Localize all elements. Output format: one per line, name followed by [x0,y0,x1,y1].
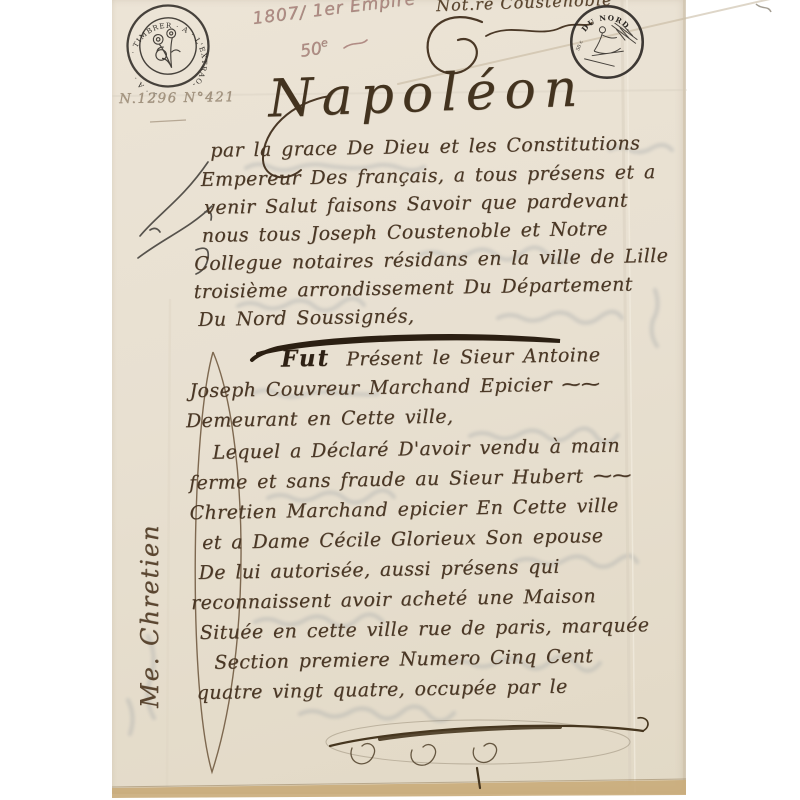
body-line: Section premiere Numero Cinq Cent [214,645,593,674]
body-line: Chretien Marchand epicier En Cette ville [189,495,618,524]
body-line: par la grace De Dieu et les Constitution… [210,132,640,162]
manuscript-page: · TIMBRER · A · L'EXTRAORDINAIRE · A · D… [0,0,800,800]
body-line: Empereur Des français, a tous présens et… [201,161,656,191]
body-line: venir Salut faisons Savoir que pardevant [204,189,628,218]
body-line: quatre vingt quatre, occupée par le [197,676,568,704]
body-line-fut: FutPrésent le Sieur Antoine [281,340,601,373]
body-line: ferme et sans fraude au Sieur Hubert ⁓⁓ [189,464,632,494]
body-line: Du Nord Soussignés, [198,305,415,331]
body-text: par la grace De Dieu et les Constitution… [0,0,800,800]
body-line: Collegue notaires résidans en la ville d… [194,245,668,275]
body-line: et a Dame Cécile Glorieux Son epouse [202,525,604,554]
fut-rest: Présent le Sieur Antoine [346,344,601,370]
body-line: Demeurant en Cette ville, [186,406,454,433]
body-line: De lui autorisée, aussi présens qui [198,556,560,584]
fut-word: Fut [281,345,331,373]
body-line: nous tous Joseph Coustenoble et Notre [202,218,608,247]
body-line: reconnaissent avoir acheté une Maison [191,585,596,614]
body-line: Lequel a Déclaré D'avoir vendu à main [212,435,620,464]
body-line: Située en cette ville rue de paris, marq… [200,614,650,644]
body-line: troisième arrondissement Du Département [194,273,633,303]
body-line: Joseph Couvreur Marchand Epicier ⁓⁓ [189,373,600,402]
